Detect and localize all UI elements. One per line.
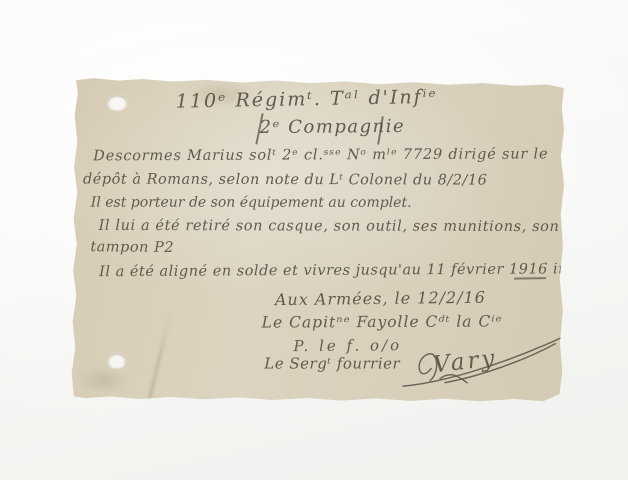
signer-role-line: Le Sergᵗ fourrier bbox=[264, 354, 400, 372]
signature-flourish bbox=[393, 326, 579, 398]
scanner-background: 110ᵉ Régimᵗ. Tᵃˡ d'Infⁱᵉ 2ᵉ Compagnie De… bbox=[0, 0, 628, 480]
body-line-4: Il lui a été retiré son casque, son outi… bbox=[99, 218, 560, 235]
punch-hole-bottom bbox=[108, 353, 125, 368]
delegation-line: P. le f. o/o bbox=[293, 336, 402, 355]
header-regiment: 110ᵉ Régimᵗ. Tᵃˡ d'Infⁱᵉ bbox=[176, 86, 438, 113]
body-line-1: Descormes Marius solᵗ 2ᵉ cl.ˢˢᵉ Nᵒ mˡᵉ 7… bbox=[93, 146, 548, 164]
body-line-3: Il est porteur de son équipement au comp… bbox=[91, 195, 412, 211]
paper-stain-corner bbox=[77, 367, 129, 393]
paper-crease bbox=[141, 311, 172, 426]
document-paper: 110ᵉ Régimᵗ. Tᵃˡ d'Infⁱᵉ 2ᵉ Compagnie De… bbox=[71, 77, 566, 404]
body-line-6: Il a été aligné en solde et vivres jusqu… bbox=[99, 261, 599, 280]
body-line-5: tampon P2 bbox=[90, 239, 174, 256]
punch-hole-top bbox=[108, 95, 127, 110]
place-date-line: Aux Armées, le 12/2/16 bbox=[275, 288, 486, 309]
body-line-2: dépôt à Romans, selon note du Lᵗ Colonel… bbox=[83, 172, 487, 189]
header-company: 2ᵉ Compagnie bbox=[259, 116, 405, 138]
